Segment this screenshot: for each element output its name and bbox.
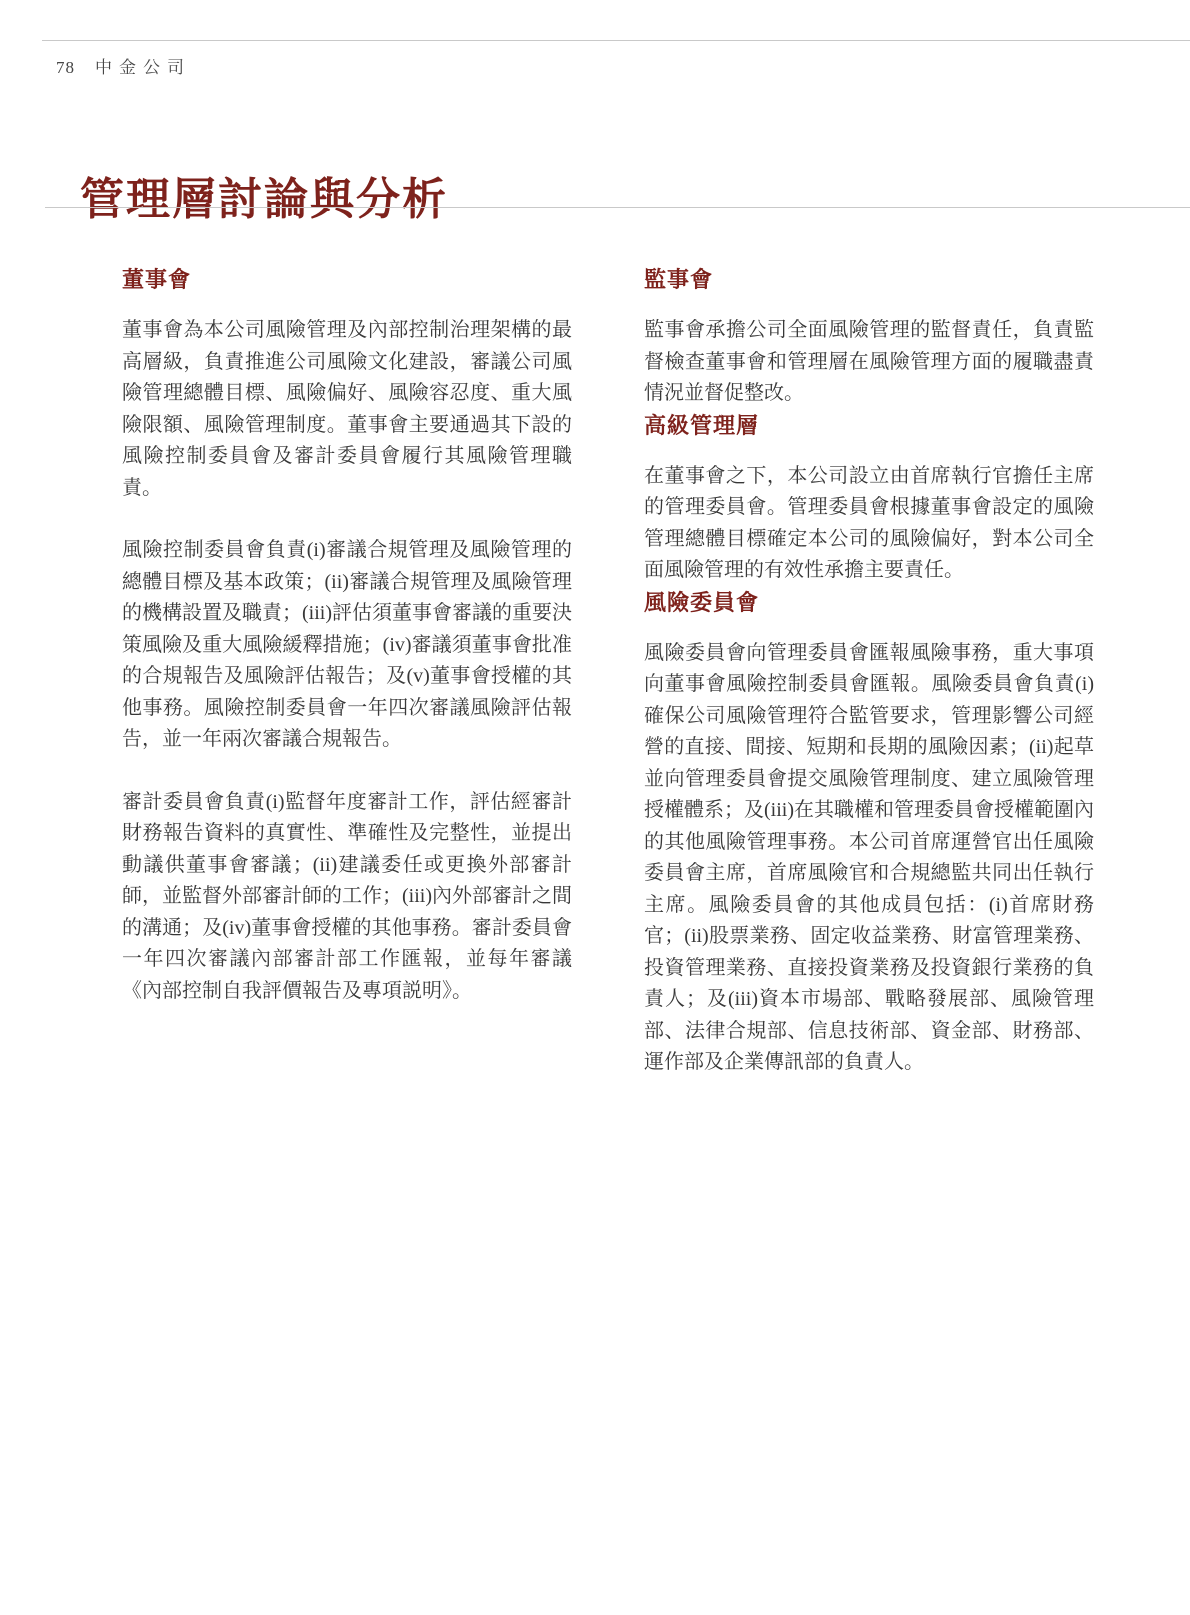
paragraph: 在董事會之下，本公司設立由首席執行官擔任主席的管理委員會。管理委員會根據董事會設… (644, 461, 1094, 587)
paragraph: 董事會為本公司風險管理及內部控制治理架構的最高層級，負責推進公司風險文化建設，審… (122, 315, 572, 504)
paragraph: 風險委員會向管理委員會匯報風險事務，重大事項向董事會風險控制委員會匯報。風險委員… (644, 638, 1094, 1079)
section-supervisory-board: 監事會 監事會承擔公司全面風險管理的監督責任，負責監督檢查董事會和管理層在風險管… (644, 265, 1094, 410)
company-name: 中金公司 (95, 58, 191, 77)
report-page: { "header": { "page_number": "78", "comp… (0, 0, 1190, 1615)
title-rule (45, 207, 1190, 208)
page-number: 78 (56, 58, 75, 77)
paragraph: 風險控制委員會負責(i)審議合規管理及風險管理的總體目標及基本政策；(ii)審議… (122, 535, 572, 756)
page-header: 78中金公司 (56, 53, 191, 78)
top-rule (42, 40, 1190, 41)
section-heading: 董事會 (122, 265, 572, 295)
right-column: 監事會 監事會承擔公司全面風險管理的監督責任，負責監督檢查董事會和管理層在風險管… (644, 265, 1094, 1079)
section-heading: 風險委員會 (644, 588, 1094, 618)
section-board-of-directors: 董事會 董事會為本公司風險管理及內部控制治理架構的最高層級，負責推進公司風險文化… (122, 265, 572, 1007)
section-heading: 監事會 (644, 265, 1094, 295)
left-column: 董事會 董事會為本公司風險管理及內部控制治理架構的最高層級，負責推進公司風險文化… (122, 265, 572, 1007)
section-risk-committee: 風險委員會 風險委員會向管理委員會匯報風險事務，重大事項向董事會風險控制委員會匯… (644, 588, 1094, 1079)
section-senior-management: 高級管理層 在董事會之下，本公司設立由首席執行官擔任主席的管理委員會。管理委員會… (644, 411, 1094, 587)
paragraph: 監事會承擔公司全面風險管理的監督責任，負責監督檢查董事會和管理層在風險管理方面的… (644, 315, 1094, 410)
paragraph: 審計委員會負責(i)監督年度審計工作，評估經審計財務報告資料的真實性、準確性及完… (122, 787, 572, 1008)
page-title: 管理層討論與分析 (80, 163, 448, 227)
section-heading: 高級管理層 (644, 411, 1094, 441)
